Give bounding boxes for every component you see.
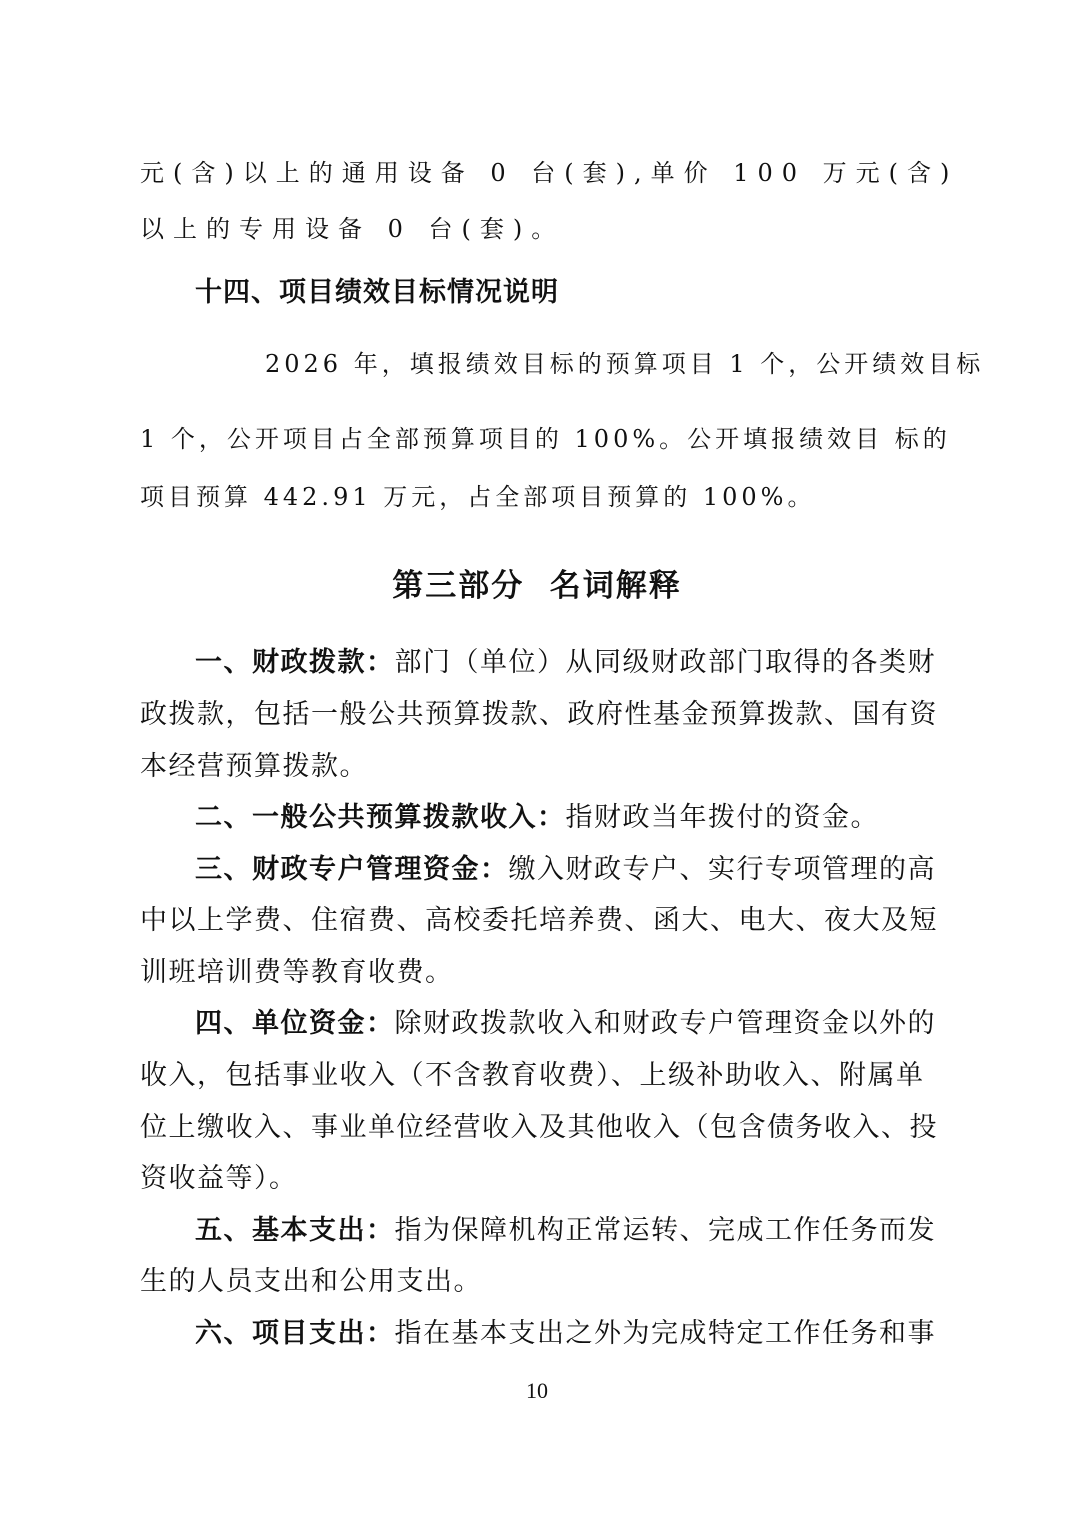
term-3-line-3: 训班培训费等教育收费。 xyxy=(140,955,940,991)
term-3-text: 缴入财政专户、实行专项管理的高 xyxy=(509,854,937,885)
continuation-line-1: 元(含)以上的通用设备 0 台(套),单价 100 万元(含) xyxy=(140,155,940,191)
term-3-line-1: 三、财政专户管理资金：缴入财政专户、实行专项管理的高 xyxy=(140,852,995,888)
term-1-label: 一、财政拨款： xyxy=(195,647,395,678)
term-1-line-1: 一、财政拨款：部门（单位）从同级财政部门取得的各类财 xyxy=(140,645,995,681)
continuation-line-2: 以上的专用设备 0 台(套)。 xyxy=(140,211,940,247)
part-3-title: 第三部分 名词解释 xyxy=(0,560,1074,605)
term-5-text: 指为保障机构正常运转、完成工作任务而发 xyxy=(395,1215,937,1246)
term-4-line-1: 四、单位资金：除财政拨款收入和财政专户管理资金以外的 xyxy=(140,1006,995,1042)
term-1-line-2: 政拨款，包括一般公共预算拨款、政府性基金预算拨款、国有资 xyxy=(140,697,940,733)
page-number: 10 xyxy=(0,1378,1074,1404)
term-6-label: 六、项目支出： xyxy=(195,1318,395,1349)
section-14-heading: 十四、项目绩效目标情况说明 xyxy=(195,270,559,309)
term-2-text: 指财政当年拨付的资金。 xyxy=(566,802,880,833)
term-1-text: 部门（单位）从同级财政部门取得的各类财 xyxy=(395,647,937,678)
section-14-line-1: 2026 年，填报绩效目标的预算项目 1 个，公开绩效目标 xyxy=(140,346,1065,382)
term-4-line-4: 资收益等）。 xyxy=(140,1161,940,1197)
term-6-text: 指在基本支出之外为完成特定工作任务和事 xyxy=(395,1318,937,1349)
term-5-line-1: 五、基本支出：指为保障机构正常运转、完成工作任务而发 xyxy=(140,1213,995,1249)
term-3-label: 三、财政专户管理资金： xyxy=(195,854,509,885)
document-page: 元(含)以上的通用设备 0 台(套),单价 100 万元(含) 以上的专用设备 … xyxy=(0,0,1074,1520)
term-2-label: 二、一般公共预算拨款收入： xyxy=(195,802,566,833)
section-14-line-2: 1 个，公开项目占全部预算项目的 100%。公开填报绩效目 标的 xyxy=(140,421,940,457)
term-5-label: 五、基本支出： xyxy=(195,1215,395,1246)
section-14-line-3: 项目预算 442.91 万元，占全部项目预算的 100%。 xyxy=(140,479,940,515)
term-4-line-2: 收入，包括事业收入（不含教育收费）、上级补助收入、附属单 xyxy=(140,1058,940,1094)
term-1-line-3: 本经营预算拨款。 xyxy=(140,749,940,785)
term-6-line-1: 六、项目支出：指在基本支出之外为完成特定工作任务和事 xyxy=(140,1316,995,1352)
term-4-line-3: 位上缴收入、事业单位经营收入及其他收入（包含债务收入、投 xyxy=(140,1110,940,1146)
term-2-line-1: 二、一般公共预算拨款收入：指财政当年拨付的资金。 xyxy=(140,800,995,836)
term-5-line-2: 生的人员支出和公用支出。 xyxy=(140,1264,940,1300)
term-3-line-2: 中以上学费、住宿费、高校委托培养费、函大、电大、夜大及短 xyxy=(140,903,940,939)
term-4-text: 除财政拨款收入和财政专户管理资金以外的 xyxy=(395,1008,937,1039)
term-4-label: 四、单位资金： xyxy=(195,1008,395,1039)
